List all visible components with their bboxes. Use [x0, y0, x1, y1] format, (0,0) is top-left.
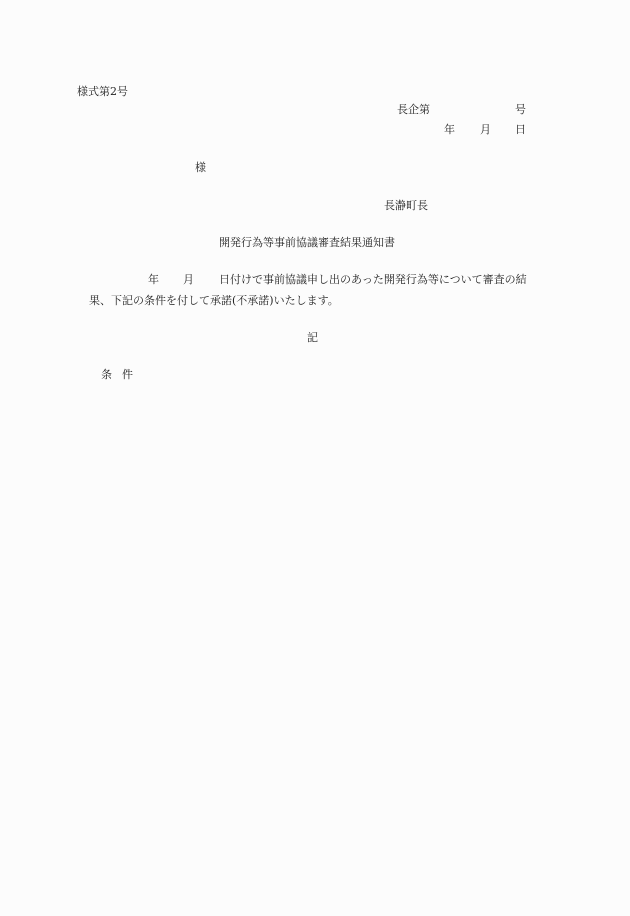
form-number: 様式第2号 [77, 85, 128, 99]
conditions-label: 条件 [101, 368, 143, 382]
date-year-label: 年 [444, 123, 455, 137]
body-year-label: 年 [148, 273, 159, 287]
date-day-label: 日 [515, 123, 526, 137]
body-month-label: 月 [183, 273, 194, 287]
body-text-line-2: 果、下記の条件を付して承諾(不承諾)いたします。 [89, 294, 339, 308]
document-title: 開発行為等事前協議審査結果通知書 [219, 236, 395, 250]
reference-number-prefix: 長企第 [397, 103, 430, 117]
ki-heading: 記 [307, 331, 318, 345]
recipient-honorific: 様 [195, 161, 206, 175]
date-month-label: 月 [480, 123, 491, 137]
reference-number-suffix: 号 [515, 103, 526, 117]
body-text-line-1: 日付けで事前協議申し出のあった開発行為等について審査の結 [219, 273, 527, 287]
issuer-name: 長瀞町長 [384, 199, 428, 213]
